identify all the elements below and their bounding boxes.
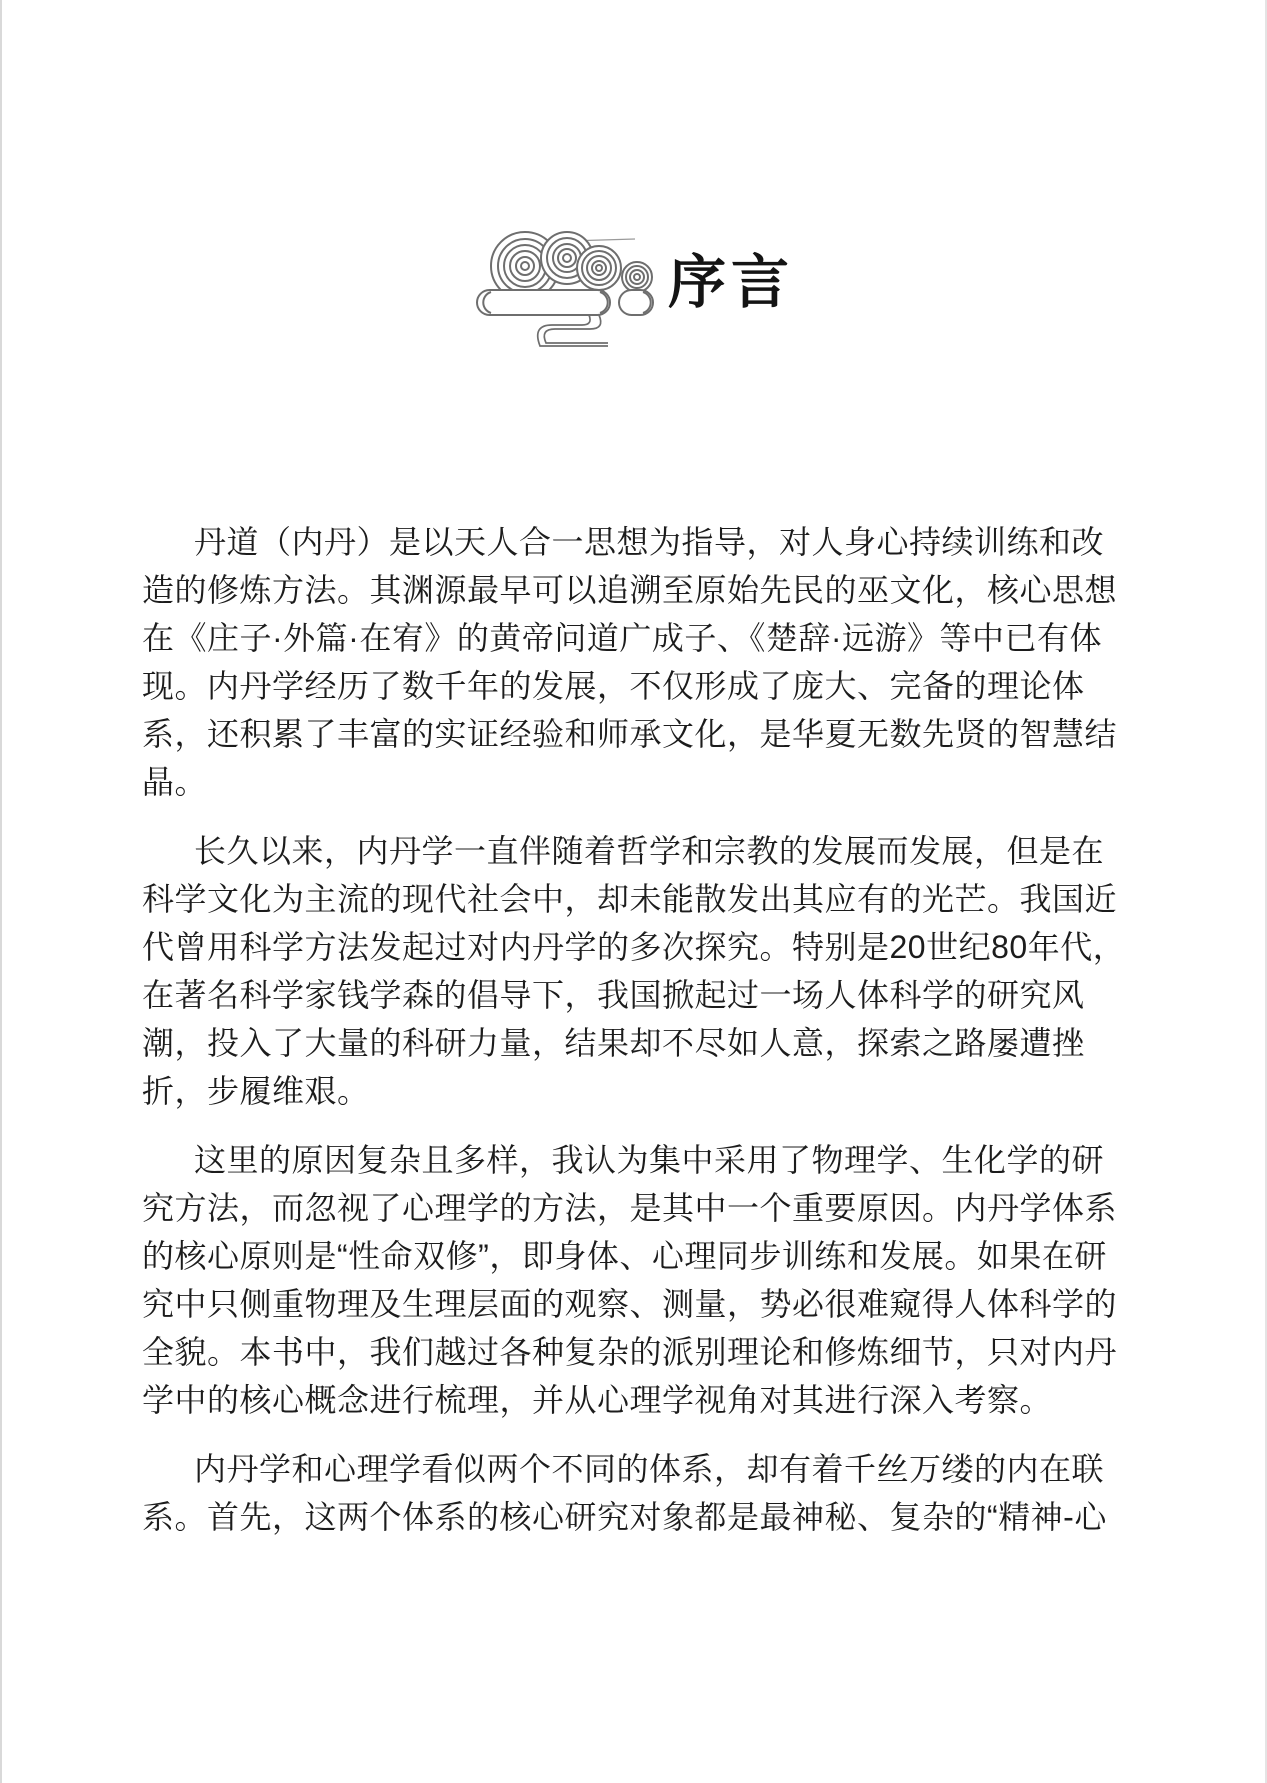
- text-line: 这里的原因复杂且多样，我认为集中采用了物理学、生化学的研: [142, 1136, 1144, 1184]
- paragraph-2: 长久以来，内丹学一直伴随着哲学和宗教的发展而发展，但是在科学文化为主流的现代社会…: [142, 827, 1144, 1115]
- paragraph-4: 内丹学和心理学看似两个不同的体系，却有着千丝万缕的内在联系。首先，这两个体系的核…: [142, 1445, 1144, 1541]
- text-line: 究中只侧重物理及生理层面的观察、测量，势必很难窥得人体科学的: [142, 1280, 1144, 1328]
- document-page: 序言 丹道（内丹）是以天人合一思想为指导，对人身心持续训练和改造的修炼方法。其渊…: [0, 0, 1267, 1783]
- text-line: 系，还积累了丰富的实证经验和师承文化，是华夏无数先贤的智慧结: [142, 710, 1144, 758]
- text-line: 晶。: [142, 758, 1144, 806]
- text-line: 全貌。本书中，我们越过各种复杂的派别理论和修炼细节，只对内丹: [142, 1328, 1144, 1376]
- text-line: 丹道（内丹）是以天人合一思想为指导，对人身心持续训练和改: [142, 518, 1144, 566]
- text-line: 折，步履维艰。: [142, 1067, 1144, 1115]
- cloud-spiral-tiny: [622, 262, 652, 292]
- preface-body: 丹道（内丹）是以天人合一思想为指导，对人身心持续训练和改造的修炼方法。其渊源最早…: [142, 518, 1144, 1562]
- text-line: 长久以来，内丹学一直伴随着哲学和宗教的发展而发展，但是在: [142, 827, 1144, 875]
- text-line: 代曾用科学方法发起过对内丹学的多次探究。特别是20世纪80年代，: [142, 923, 1144, 971]
- cloud-spiral-small: [577, 246, 621, 290]
- text-line: 现。内丹学经历了数千年的发展，不仅形成了庞大、完备的理论体: [142, 662, 1144, 710]
- text-line: 的核心原则是“性命双修”，即身体、心理同步训练和发展。如果在研: [142, 1232, 1144, 1280]
- text-line: 究方法，而忽视了心理学的方法，是其中一个重要原因。内丹学体系: [142, 1184, 1144, 1232]
- text-line: 系。首先，这两个体系的核心研究对象都是最神秘、复杂的“精神-心: [142, 1493, 1144, 1541]
- page-title: 序言: [668, 254, 794, 312]
- cloud-ornament-icon: [422, 228, 654, 353]
- text-line: 造的修炼方法。其渊源最早可以追溯至原始先民的巫文化，核心思想: [142, 566, 1144, 614]
- preface-header: 序言: [2, 226, 1265, 356]
- paragraph-1: 丹道（内丹）是以天人合一思想为指导，对人身心持续训练和改造的修炼方法。其渊源最早…: [142, 518, 1144, 806]
- text-line: 在《庄子·外篇·在宥》的黄帝问道广成子、《楚辞·远游》等中已有体: [142, 614, 1144, 662]
- text-line: 科学文化为主流的现代社会中，却未能散发出其应有的光芒。我国近: [142, 875, 1144, 923]
- text-line: 学中的核心概念进行梳理，并从心理学视角对其进行深入考察。: [142, 1376, 1144, 1424]
- paragraph-3: 这里的原因复杂且多样，我认为集中采用了物理学、生化学的研究方法，而忽视了心理学的…: [142, 1136, 1144, 1424]
- text-line: 潮，投入了大量的科研力量，结果却不尽如人意，探索之路屡遭挫: [142, 1019, 1144, 1067]
- text-line: 在著名科学家钱学森的倡导下，我国掀起过一场人体科学的研究风: [142, 971, 1144, 1019]
- text-line: 内丹学和心理学看似两个不同的体系，却有着千丝万缕的内在联: [142, 1445, 1144, 1493]
